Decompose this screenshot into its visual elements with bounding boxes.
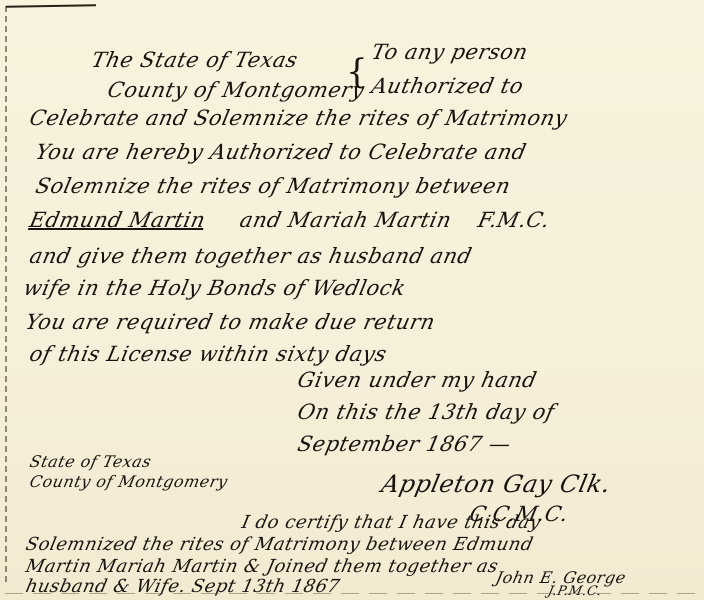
- clerk-signature: Appleton Gay Clk.: [379, 470, 613, 498]
- bottom-rule: [5, 593, 699, 594]
- body-line-4: and give them together as husband and: [27, 244, 474, 268]
- document-page: The State of Texas County of Montgomery …: [0, 0, 704, 600]
- parties-conjunction: and: [238, 208, 284, 232]
- attestation-line-3: September 1867 —: [295, 432, 513, 456]
- body-line-7: of this License within sixty days: [27, 342, 389, 366]
- body-line-6: You are required to make due return: [23, 310, 437, 334]
- header-address-1: To any person: [369, 40, 530, 64]
- page-border-left: [5, 6, 7, 586]
- header-brace: {: [346, 52, 368, 92]
- jp-title: J.P.M.C.: [546, 584, 603, 599]
- header-county: County of Montgomery: [105, 78, 366, 102]
- page-border-top: [6, 4, 96, 8]
- body-line-1: Celebrate and Solemnize the rites of Mat…: [27, 106, 569, 130]
- parties-annotation: F.M.C.: [476, 208, 552, 232]
- return-line-1: I do certify that I have this day: [240, 512, 543, 533]
- groom-name: Edmund Martin: [27, 208, 207, 232]
- return-state: State of Texas: [28, 452, 153, 471]
- body-line-5: wife in the Holy Bonds of Wedlock: [21, 276, 408, 300]
- bride-name: Mariah Martin: [286, 208, 454, 232]
- return-line-2: Solemnized the rites of Matrimony betwee…: [24, 534, 535, 555]
- header-address-2: Authorized to: [369, 74, 525, 98]
- body-line-3: Solemnize the rites of Matrimony between: [33, 174, 512, 198]
- header-state: The State of Texas: [89, 48, 300, 72]
- return-county: County of Montgomery: [28, 472, 230, 491]
- attestation-line-2: On this the 13th day of: [295, 400, 557, 424]
- body-line-2: You are hereby Authorized to Celebrate a…: [33, 140, 528, 164]
- return-line-3: Martin Mariah Martin & Joined them toget…: [24, 556, 501, 577]
- parties-line: Edmund Martin and Mariah Martin F.M.C.: [27, 208, 552, 232]
- attestation-line-1: Given under my hand: [295, 368, 539, 392]
